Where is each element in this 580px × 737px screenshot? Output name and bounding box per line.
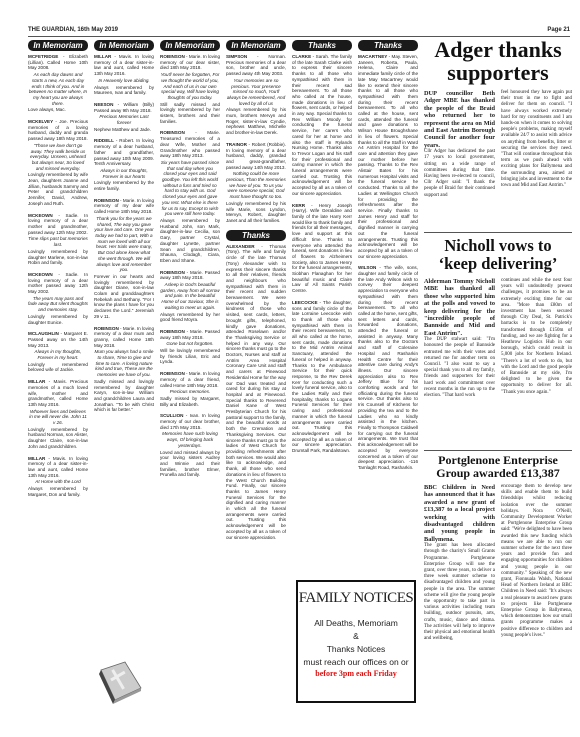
section-header-thanks: Thanks	[226, 230, 286, 241]
notice-name: MCLAUGHLIN	[28, 331, 59, 336]
notice-entry: RIDDELL - Robert. In loving memory of a …	[94, 138, 154, 191]
notice-entry: ROBINSON - Marie. Passed away 18th May 2…	[160, 270, 220, 323]
masthead: THE GUARDIAN, 16th May 2019 Page 21	[28, 27, 570, 37]
notice-text: - The wife, sons, daughter and family ci…	[358, 265, 418, 470]
notice-name: KERR	[292, 203, 305, 208]
section-header-thanks: Thanks	[358, 40, 418, 51]
notice-signoff: Forever in our hearts and lovingly remem…	[94, 274, 154, 320]
notice-verse: Nothing could be more precious, Than the…	[226, 171, 286, 200]
notice-entry: ROBINSON - Marie. Passed away 18th May 2…	[160, 329, 220, 365]
notice-signoff: Loved and missed always by your loving s…	[160, 450, 220, 479]
notice-verse: Asleep in God's beautiful garden, Away f…	[160, 282, 220, 311]
notice-verse: As each day dawns and starts a new, As e…	[28, 72, 88, 106]
article-portglenone: Portglenone Enterprise Group awarded £13…	[424, 454, 572, 643]
notice-name: RIDDELL	[94, 138, 114, 143]
notice-entry: MCFETRIDGE - Elizabeth (Lillian). Called…	[28, 54, 88, 113]
notice-entry: SIMPSON - Norman. Precious memories of a…	[226, 54, 286, 136]
masthead-title: THE GUARDIAN, 16th May 2019	[28, 27, 118, 36]
article-body: continues and while the next four years …	[501, 278, 572, 396]
column-memoriam-2: In Memoriam MILLAR - Mavis. In loving me…	[94, 40, 154, 419]
notice-entry: MCKELVEY - Joe. Precious memories of a l…	[28, 119, 88, 207]
notice-name: MCKEOWN	[28, 272, 53, 277]
notice-name: SCULLION	[160, 413, 183, 418]
notice-verse: Your memories are so precious. Your pres…	[226, 78, 286, 107]
column-memoriam-1: In Memoriam MCFETRIDGE - Elizabeth (Lill…	[28, 40, 88, 504]
page-number: Page 21	[547, 27, 570, 36]
article-body: The grant has been allocated through the…	[424, 543, 495, 642]
notice-name: CLARKE	[292, 54, 311, 59]
column-thanks-2: Thanks MACARTNEY - May. Steven, Janeen, …	[358, 40, 418, 580]
notice-name: MILLAR	[94, 54, 111, 59]
article-adger: Adger thanks supporters DUP councillor B…	[424, 38, 572, 199]
notice-entry: MCKEOWN - Sadie. In loving memory of a d…	[28, 272, 88, 325]
notice-verse: Memories have such loving ways, Of bring…	[160, 431, 220, 448]
notice-name: ROBINSON	[160, 329, 185, 334]
notice-signoff: Lovingly remembered by his wife Marie, s…	[226, 201, 286, 224]
notice-entry: LEECOCKE - The daughter, sons and family…	[292, 300, 352, 454]
notice-verse: Thank you for the years we shared, The w…	[94, 216, 154, 273]
notice-name: ROBINSON	[160, 54, 185, 59]
notice-entry: WILSON - The wife, sons, daughter and fa…	[358, 265, 418, 470]
notice-name: ALEXANDER	[226, 244, 255, 249]
notice-verse: "Those we love don't go away. They walk …	[28, 143, 88, 172]
section-header-in-memoriam: In Memoriam	[226, 40, 286, 51]
notice-name: SIMPSON	[226, 54, 247, 59]
notice-text: - Thomas (Tony). The wife and family cir…	[226, 244, 286, 540]
headline: Nicholl vows to ‘keep delivering’	[424, 237, 572, 273]
notice-signoff: Will be lovingly remembered by friends L…	[160, 348, 220, 365]
notice-verse: Precious Memories Last forever	[94, 114, 154, 125]
section-header-in-memoriam: In Memoriam	[28, 40, 88, 51]
notice-entry: MCLAUGHLIN - Margaret E. Passed away on …	[28, 331, 88, 373]
notice-entry: ROBINSON - Marie. Treasured memories of …	[160, 130, 220, 263]
notice-name: MILLAR	[28, 379, 45, 384]
notice-entry: SCULLION - Ivan. In loving memory of our…	[160, 413, 220, 478]
notice-signoff: Always remembered by his mum, brothers M…	[226, 107, 286, 136]
notice-name: MCKEOWN	[28, 213, 53, 218]
notice-name: ROBINSON	[160, 371, 185, 376]
notice-entry: ROBINSON - Marie. In loving memory of ou…	[160, 54, 220, 124]
notice-verse: In Heavenly love abiding.	[94, 78, 154, 84]
notice-verse: Always in our thoughts, Forever in our h…	[94, 168, 154, 179]
notice-entry: NEESON - William (Billy) Passed away 9th…	[94, 102, 154, 133]
headline: Portglenone Enterprise Group awarded £13…	[424, 454, 572, 480]
notice-text: - The daughter, sons and family circle o…	[292, 300, 352, 453]
notice-name: TRAINOR	[226, 142, 247, 147]
notice-entry: ROBINSON - Marie. In loving memory of a …	[94, 326, 154, 414]
notice-signoff: Lovingly remembered by the entire family…	[94, 180, 154, 191]
ad-line: &	[298, 630, 414, 643]
ad-line: Thanks Notices	[298, 643, 414, 656]
article-body: encourage them to develop new skills and…	[501, 484, 572, 639]
bible-cross-icon	[95, 660, 145, 705]
notice-verse: Time slips past but memories last.	[28, 236, 88, 247]
notice-signoff: Love always, Mac.	[28, 107, 88, 113]
notice-signoff: Lovingly remembered beloved wife of Jack…	[28, 362, 88, 373]
notice-verse: You'll never be forgotten, For we though…	[160, 72, 220, 101]
article-lead: DUP councillor Beth Adger MBE has thanke…	[424, 90, 495, 149]
notice-verse: Whoever lives and believes in me will ne…	[28, 409, 88, 426]
notice-signoff: Always remembered by Margaret, Don and f…	[28, 486, 88, 497]
notice-name: MCFETRIDGE	[28, 54, 58, 59]
article-lead: BBC Children in Need has announced that …	[424, 484, 495, 543]
notice-text: - Henry Joseph (Harry). Wife Geraldine a…	[292, 203, 352, 294]
notice-signoff: Sadly missed by Margaret, Billy and Eliz…	[160, 396, 220, 407]
section-header-thanks: Thanks	[292, 40, 352, 51]
ad-line: must reach our offices on or	[298, 656, 414, 669]
notice-name: ROBINSON	[94, 198, 119, 203]
notice-signoff: Sadly missed and lovingly remembered by …	[94, 379, 154, 413]
notice-name: ROBINSON	[160, 270, 185, 275]
notice-signoff: Lovingly remembered by daughter Marlene,…	[28, 249, 88, 266]
column-memoriam-4: In Memoriam SIMPSON - Norman. Precious m…	[226, 40, 286, 546]
notice-signoff: Lovingly remembered by daughter Eunice.	[28, 314, 88, 325]
notice-name: MCKELVEY	[28, 119, 53, 124]
notice-name: MACARTNEY	[358, 54, 387, 59]
article-lead: Alderman Tommy Nicholl MBE has thanked a…	[424, 278, 495, 337]
notice-name: MILLAR	[28, 456, 45, 461]
notice-verse: The years may pass and fade away But sil…	[28, 296, 88, 313]
notice-signoff: Always remembered by Maureen, Ivan and f…	[94, 85, 154, 96]
column-thanks-1: Thanks CLARKE - Sarah. The family of the…	[292, 40, 352, 580]
notice-name: LEECOCKE	[292, 300, 318, 305]
notice-text: - Sarah. The family of the late Sarah Cl…	[292, 54, 352, 196]
notice-entry: MILLAR - Mavis. In loving memory of a de…	[94, 54, 154, 96]
notice-verse: Mum you always had a smile to share, Tim…	[94, 349, 154, 378]
notice-signoff: Still sadly missed and lovingly remember…	[160, 102, 220, 125]
notice-signoff: Nephew Matthew and Jade.	[94, 127, 154, 133]
notice-signoff: Always remembered by Husband John, son M…	[160, 218, 220, 264]
notice-signoff: Lovingly remembered by wife Jean, daught…	[28, 172, 88, 206]
notice-signoff: Always remembered by her good friend Moy…	[160, 312, 220, 323]
notice-entry: KERR - Henry Joseph (Harry). Wife Gerald…	[292, 203, 352, 294]
ad-deadline: before 3pm each Friday	[298, 669, 414, 678]
notice-name: ROBINSON	[160, 130, 185, 135]
article-body: Cllr Adger has dedicated the past 17 yea…	[424, 149, 495, 199]
article-body: feel honoured they have again put their …	[501, 90, 572, 189]
notice-entry: MILLAR - Mavis. In loving memory of a de…	[28, 456, 88, 498]
notice-entry: TRAINOR - Robert (Robbie). In loving mem…	[226, 142, 286, 224]
column-memoriam-3: In Memoriam ROBINSON - Marie. In loving …	[160, 40, 220, 484]
notice-entry: CLARKE - Sarah. The family of the late S…	[292, 54, 352, 197]
notice-verse: Always in my thoughts, Forever in my hea…	[28, 349, 88, 360]
headline: Adger thanks supporters	[424, 38, 572, 84]
section-header-in-memoriam: In Memoriam	[160, 40, 220, 51]
notice-name: WILSON	[358, 265, 376, 270]
notice-entry: ROBINSON - Marie. In loving memory of my…	[94, 198, 154, 320]
notice-entry: MILLAR - Mavis. Precious memories of a m…	[28, 379, 88, 449]
notice-signoff: Lovingly remembered by husband Norman, s…	[28, 427, 88, 450]
ad-title: FAMILY NOTICES	[298, 590, 414, 607]
article-body: The DUP stalwart said: "I'm honoured the…	[424, 337, 495, 399]
notice-text: - May. Steven, Janeen, Roberta, Paula, H…	[358, 54, 418, 259]
notice-verse: Gone but not forgotten.	[160, 341, 220, 347]
notice-verse: Precious memories.	[160, 389, 220, 395]
notice-name: NEESON	[94, 102, 113, 107]
ad-line: All Deaths, Memoriam	[298, 617, 414, 630]
article-nicholl: Nicholl vows to ‘keep delivering’ Alderm…	[424, 237, 572, 399]
notice-entry: ALEXANDER - Thomas (Tony). The wife and …	[226, 244, 286, 541]
section-header-in-memoriam: In Memoriam	[94, 40, 154, 51]
family-notices-ad: FAMILY NOTICES All Deaths, Memoriam & Th…	[296, 580, 416, 703]
notice-entry: MCKEOWN - Sadie. In loving memory of a d…	[28, 213, 88, 266]
notice-name: ROBINSON	[94, 326, 119, 331]
notice-verse: Six years have passed since that sad day…	[160, 160, 220, 217]
notice-entry: ROBINSON - Marie. In loving memory of a …	[160, 371, 220, 407]
notice-verse: At Home with the Lord	[28, 479, 88, 485]
notice-entry: MACARTNEY - May. Steven, Janeen, Roberta…	[358, 54, 418, 259]
